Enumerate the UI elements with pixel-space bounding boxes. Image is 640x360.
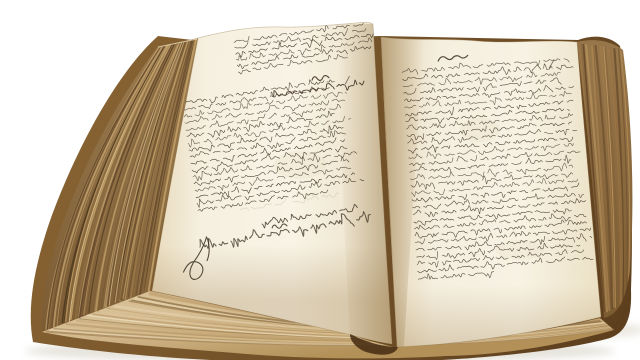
book-illustration	[0, 0, 640, 360]
manuscript-book-photo: A thick antique manuscript book lies ope…	[0, 0, 640, 360]
